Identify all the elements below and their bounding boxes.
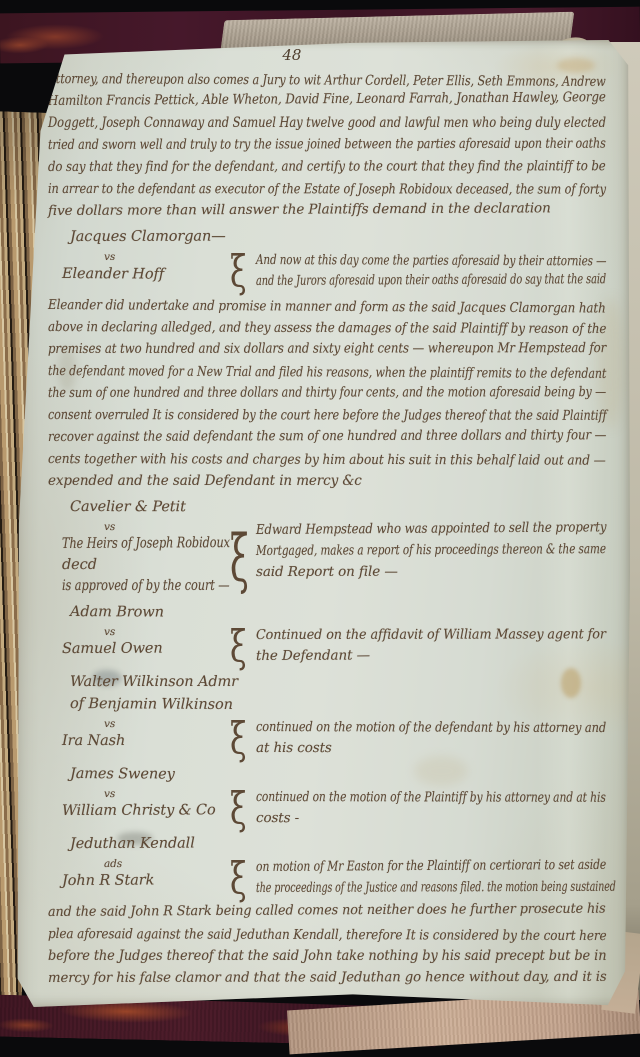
ms-line: of Benjamin Wilkinson [70,693,606,718]
entry-body-column: Continued on the affidavit of William Ma… [256,625,606,667]
case-caption-kendall: Jeduthan Kendall [48,833,606,855]
manuscript-text: 48 Attorney, and thereupon also comes a … [48,44,606,989]
ms-line: tried and sworn well and truly to try th… [48,133,508,156]
ms-line: consent overruled It is considered by th… [48,404,509,427]
ms-line: and the said John R Stark being called c… [48,898,577,923]
ms-line: continued on the motion of the defendant… [256,717,551,739]
scribal-brace-icon: ξ [230,620,256,678]
ms-line: John R Stark [62,870,230,892]
ms-line: Adam Brown [70,601,606,626]
ms-line: William Christy & Co [62,800,230,822]
ms-line: Mortgaged, makes a report of his proceed… [256,540,527,562]
versus-abbrev: vs [104,717,230,732]
ms-line: Doggett, Joseph Connaway and Samuel Hay … [48,112,525,134]
versus-abbrev: vs [104,787,230,801]
case-caption-cavelier-petit: Cavelier & Petit [48,496,606,518]
case-row-kendall-ads-stark: adsJohn R Starkξon motion of Mr Easton f… [48,857,606,899]
ms-line: Jacques Clamorgan— [70,224,606,248]
versus-abbrev: vs [104,250,230,264]
ms-line: James Sweney [70,763,606,788]
case-caption-clamorgan: Jacques Clamorgan— [48,226,606,248]
scribal-brace-icon: ξ [230,782,256,840]
case-caption-adam-brown: Adam Brown [48,601,606,623]
ms-line: on motion of Mr Easton for the Plaintiff… [256,855,536,878]
versus-abbrev: vs [104,625,230,639]
ms-line: the proceedings of the Justice and reaso… [256,877,501,899]
ms-line: above in declaring alledged, and they as… [48,316,537,340]
ms-line: The Heirs of Joseph Robidoux [62,533,193,555]
case-row-wilkinson-v-nash: vsIra Nashξcontinued on the motion of th… [48,717,606,759]
entry-body-column: continued on the motion of the Plaintiff… [256,787,606,829]
ms-line: expended and the said Defendant in mercy… [48,470,606,492]
manuscript-page: 48 Attorney, and thereupon also comes a … [14,38,630,1008]
case-caption-column: vsIra Nash [48,717,230,752]
ms-line: the sum of one hundred and three dollars… [48,381,505,404]
entry-body-column: And now at this day come the parties afo… [256,250,606,292]
ms-line: Cavelier & Petit [70,496,606,519]
case-row-cavelier-v-robidoux-heirs: vsThe Heirs of Joseph Robidouxdecdis app… [48,520,606,597]
case-row-sweney-v-christy: vsWilliam Christy & Coξcontinued on the … [48,787,606,829]
ms-line: do say that they find for the defendant,… [48,155,533,178]
case-row-clamorgan-v-hoff: vsEleander HoffξAnd now at this day come… [48,250,606,292]
ms-line: cents together with his costs and charge… [48,448,549,471]
ms-line: Continued on the affidavit of William Ma… [256,624,587,646]
ms-line: plea aforesaid against the said Jeduthan… [48,923,544,947]
entry-body-column: on motion of Mr Easton for the Plaintiff… [256,857,606,899]
ms-line: Hamilton Francis Pettick, Able Wheton, D… [48,87,535,112]
ms-line: and the Jurors aforesaid upon their oath… [256,270,510,292]
ms-line: Jeduthan Kendall [70,831,606,855]
case-caption-column: vsSamuel Owen [48,625,230,660]
ms-line: decd [62,554,230,576]
ms-line: Eleander Hoff [62,264,230,286]
case-caption-sweney: James Sweney [48,763,606,785]
ms-line: five dollars more than will answer the P… [48,197,606,222]
page-number: 48 [282,44,606,66]
ms-line: before the Judges thereof that the said … [48,945,583,967]
ms-line: Walter Wilkinson Admr [70,671,606,693]
ms-line: mercy for his false clamor and that the … [48,966,595,989]
scribal-brace-icon: ξ [230,504,256,614]
case-caption-wilkinson: Walter Wilkinson Admrof Benjamin Wilkins… [48,671,606,715]
court-record-book-photo: 48 Attorney, and thereupon also comes a … [0,0,640,1057]
versus-abbrev: ads [104,857,230,871]
ms-line: continued on the motion of the Plaintiff… [256,787,533,809]
entry-body-column: Edward Hempstead who was appointed to se… [256,520,606,583]
ms-line: Edward Hempstead who was appointed to se… [256,518,561,541]
jury-verdict-continuation: Attorney, and thereupon also comes a Jur… [48,68,606,222]
case-caption-column: vsThe Heirs of Joseph Robidouxdecdis app… [48,520,230,597]
ms-line: at his costs [256,738,606,759]
entry-body-column: continued on the motion of the defendant… [256,717,606,759]
case-caption-column: vsEleander Hoff [48,250,230,285]
ms-line: Ira Nash [62,731,230,752]
case-caption-column: adsJohn R Stark [48,857,230,892]
ms-line: recover against the said defendant the s… [48,424,534,448]
case-caption-column: vsWilliam Christy & Co [48,787,230,822]
versus-abbrev: vs [104,520,230,534]
scribal-brace-icon: ξ [230,245,256,303]
ms-line: costs - [256,808,606,830]
ms-line: And now at this day come the parties afo… [256,250,524,272]
case-row-brown-v-owen: vsSamuel OwenξContinued on the affidavit… [48,625,606,667]
ms-line: said Report on file — [256,561,606,583]
scribal-brace-icon: ξ [230,712,256,770]
ms-line: premises at two hundred and six dollars … [48,337,533,360]
ms-line: is approved of by the court — [62,576,193,597]
ms-line: Samuel Owen [62,638,230,660]
ms-line: the Defendant — [256,644,606,667]
judgment-clamorgan-v-hoff: Eleander did undertake and promise in ma… [48,294,606,492]
judgment-kendall-ads-stark: and the said John R Stark being called c… [48,901,606,989]
